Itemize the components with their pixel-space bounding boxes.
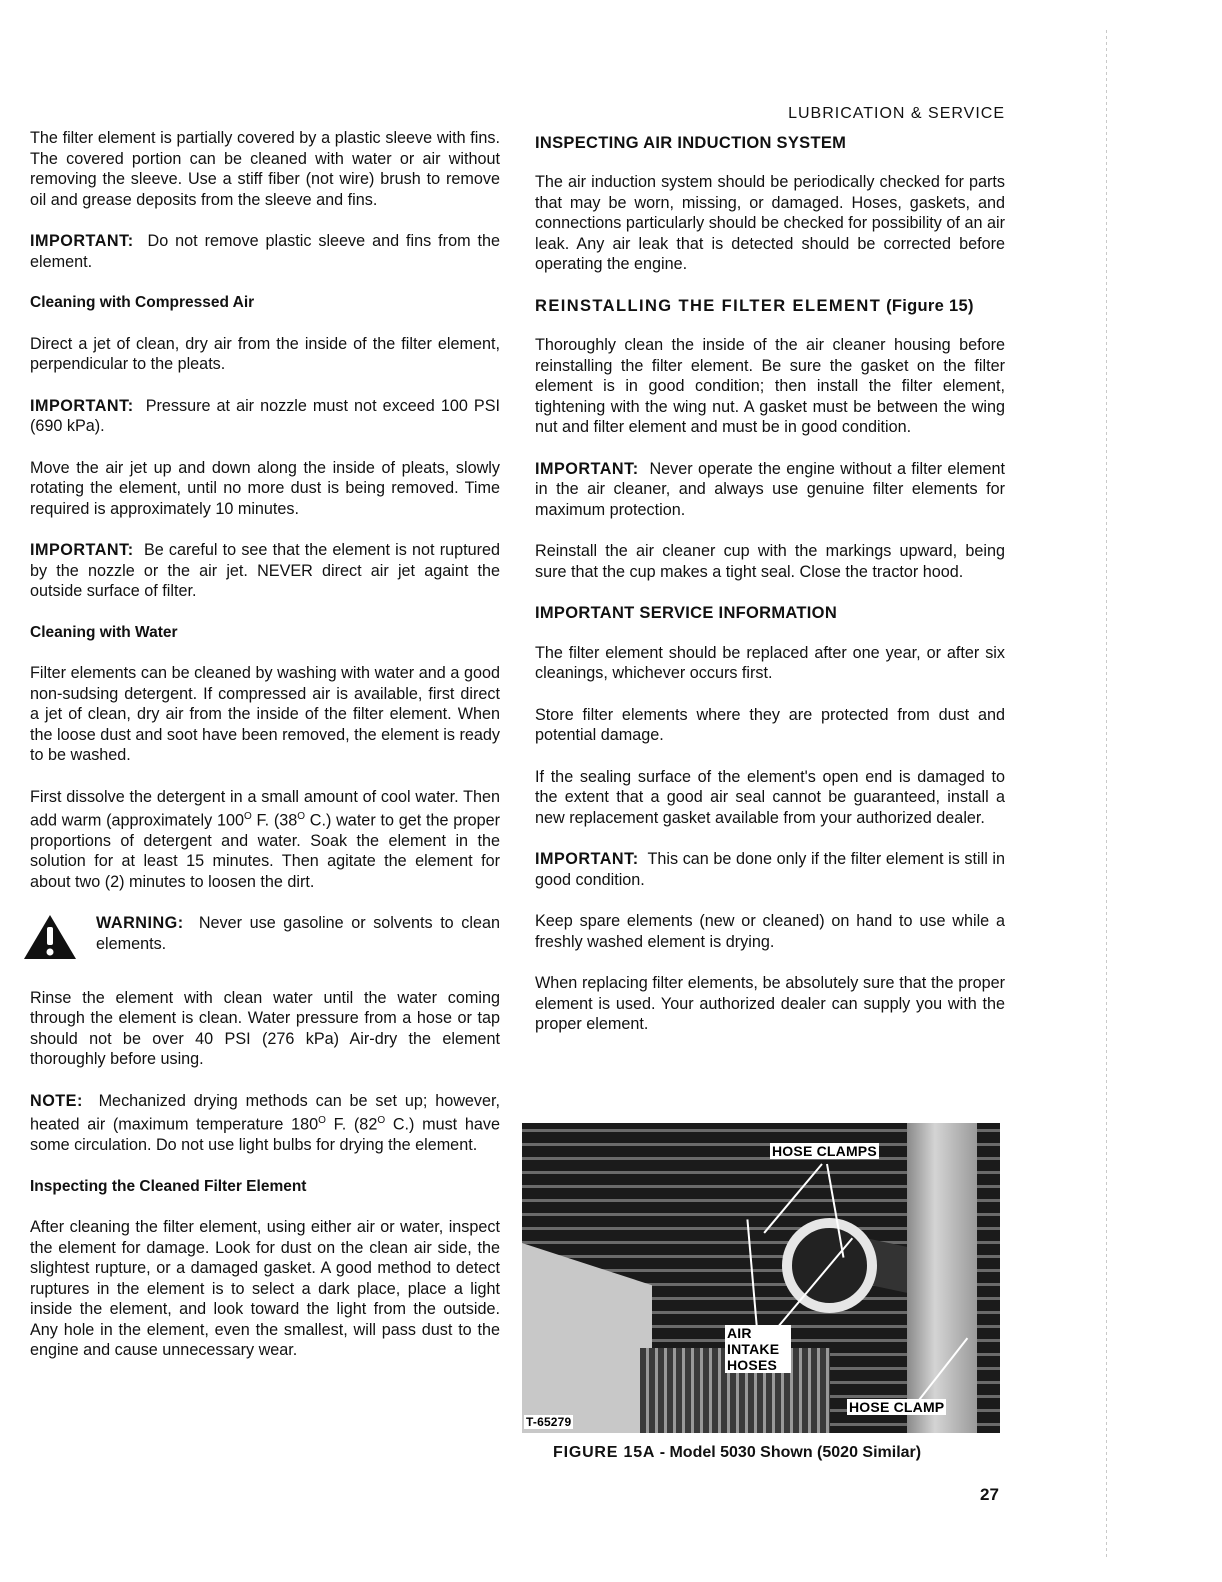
degree-sup: O: [318, 1115, 326, 1126]
figure-caption: FIGURE 15A - Model 5030 Shown (5020 Simi…: [553, 1444, 921, 1462]
important-label: IMPORTANT:: [30, 232, 134, 250]
warning-text: WARNING: Never use gasoline or solvents …: [96, 913, 500, 954]
photo-exhaust-pipe: [907, 1123, 977, 1433]
paragraph: When replacing filter elements, be absol…: [535, 973, 1005, 1035]
note-block: NOTE: Mechanized drying methods can be s…: [30, 1091, 500, 1156]
important-label: IMPORTANT:: [535, 850, 639, 868]
section-heading-service-info: IMPORTANT SERVICE INFORMATION: [535, 603, 1005, 624]
warning-triangle-icon: [22, 913, 78, 967]
intro-paragraph: The filter element is partially covered …: [30, 128, 500, 210]
degree-sup: O: [377, 1115, 385, 1126]
warning-label: WARNING:: [96, 914, 184, 932]
figure-reference: (Figure 15): [886, 297, 974, 315]
paragraph: If the sealing surface of the element's …: [535, 767, 1005, 829]
important-note: IMPORTANT: Be careful to see that the el…: [30, 540, 500, 602]
right-column: LUBRICATION & SERVICE INSPECTING AIR IND…: [535, 104, 1005, 1056]
left-column: The filter element is partially covered …: [30, 128, 500, 1382]
callout-hose-clamp: HOSE CLAMP: [847, 1399, 946, 1415]
photo-panel-shape: [522, 1243, 652, 1433]
section-heading-air-induction: INSPECTING AIR INDUCTION SYSTEM: [535, 133, 1005, 154]
paragraph: The filter element should be replaced af…: [535, 643, 1005, 684]
photo-id-label: T-65279: [524, 1415, 573, 1429]
paragraph: Thoroughly clean the inside of the air c…: [535, 335, 1005, 438]
paragraph: Rinse the element with clean water until…: [30, 988, 500, 1070]
paragraph: First dissolve the detergent in a small …: [30, 787, 500, 893]
section-heading-compressed-air: Cleaning with Compressed Air: [30, 293, 500, 314]
callout-line: INTAKE: [727, 1341, 789, 1357]
important-note: IMPORTANT: Never operate the engine with…: [535, 459, 1005, 521]
important-note: IMPORTANT: Do not remove plastic sleeve …: [30, 231, 500, 272]
degree-sup: O: [244, 811, 252, 822]
callout-hose-clamps: HOSE CLAMPS: [770, 1143, 879, 1159]
text-run: F. (38: [252, 811, 297, 829]
important-note: IMPORTANT: Pressure at air nozzle must n…: [30, 396, 500, 437]
paragraph: Direct a jet of clean, dry air from the …: [30, 334, 500, 375]
paragraph: Reinstall the air cleaner cup with the m…: [535, 541, 1005, 582]
callout-air-intake-hoses: AIR INTAKE HOSES: [725, 1325, 791, 1373]
callout-arrow: [746, 1219, 758, 1329]
section-heading-water: Cleaning with Water: [30, 623, 500, 644]
important-label: IMPORTANT:: [535, 460, 639, 478]
important-note: IMPORTANT: This can be done only if the …: [535, 849, 1005, 890]
paragraph: Filter elements can be cleaned by washin…: [30, 663, 500, 766]
paragraph: Keep spare elements (new or cleaned) on …: [535, 911, 1005, 952]
text-run: F. (82: [326, 1116, 377, 1134]
figure-number: FIGURE 15A: [553, 1444, 655, 1461]
paragraph: Store filter elements where they are pro…: [535, 705, 1005, 746]
paragraph: Move the air jet up and down along the i…: [30, 458, 500, 520]
running-head: LUBRICATION & SERVICE: [535, 104, 1005, 125]
paragraph: The air induction system should be perio…: [535, 172, 1005, 275]
section-heading-reinstalling: REINSTALLING THE FILTER ELEMENT (Figure …: [535, 296, 1005, 317]
warning-block: WARNING: Never use gasoline or solvents …: [30, 913, 500, 967]
figure-caption-text: - Model 5030 Shown (5020 Similar): [655, 1444, 921, 1461]
heading-text: REINSTALLING THE FILTER ELEMENT: [535, 297, 881, 315]
important-label: IMPORTANT:: [30, 397, 134, 415]
callout-line: HOSES: [727, 1357, 789, 1373]
scan-artifact-line: [1106, 30, 1107, 1560]
note-label: NOTE:: [30, 1092, 83, 1110]
engine-photo-figure: HOSE CLAMPS AIR INTAKE HOSES HOSE CLAMP …: [522, 1123, 1000, 1433]
section-heading-inspecting: Inspecting the Cleaned Filter Element: [30, 1177, 500, 1198]
page-number: 27: [980, 1485, 999, 1505]
degree-sup: O: [297, 811, 305, 822]
callout-line: AIR: [727, 1325, 789, 1341]
important-label: IMPORTANT:: [30, 541, 134, 559]
paragraph: After cleaning the filter element, using…: [30, 1217, 500, 1361]
